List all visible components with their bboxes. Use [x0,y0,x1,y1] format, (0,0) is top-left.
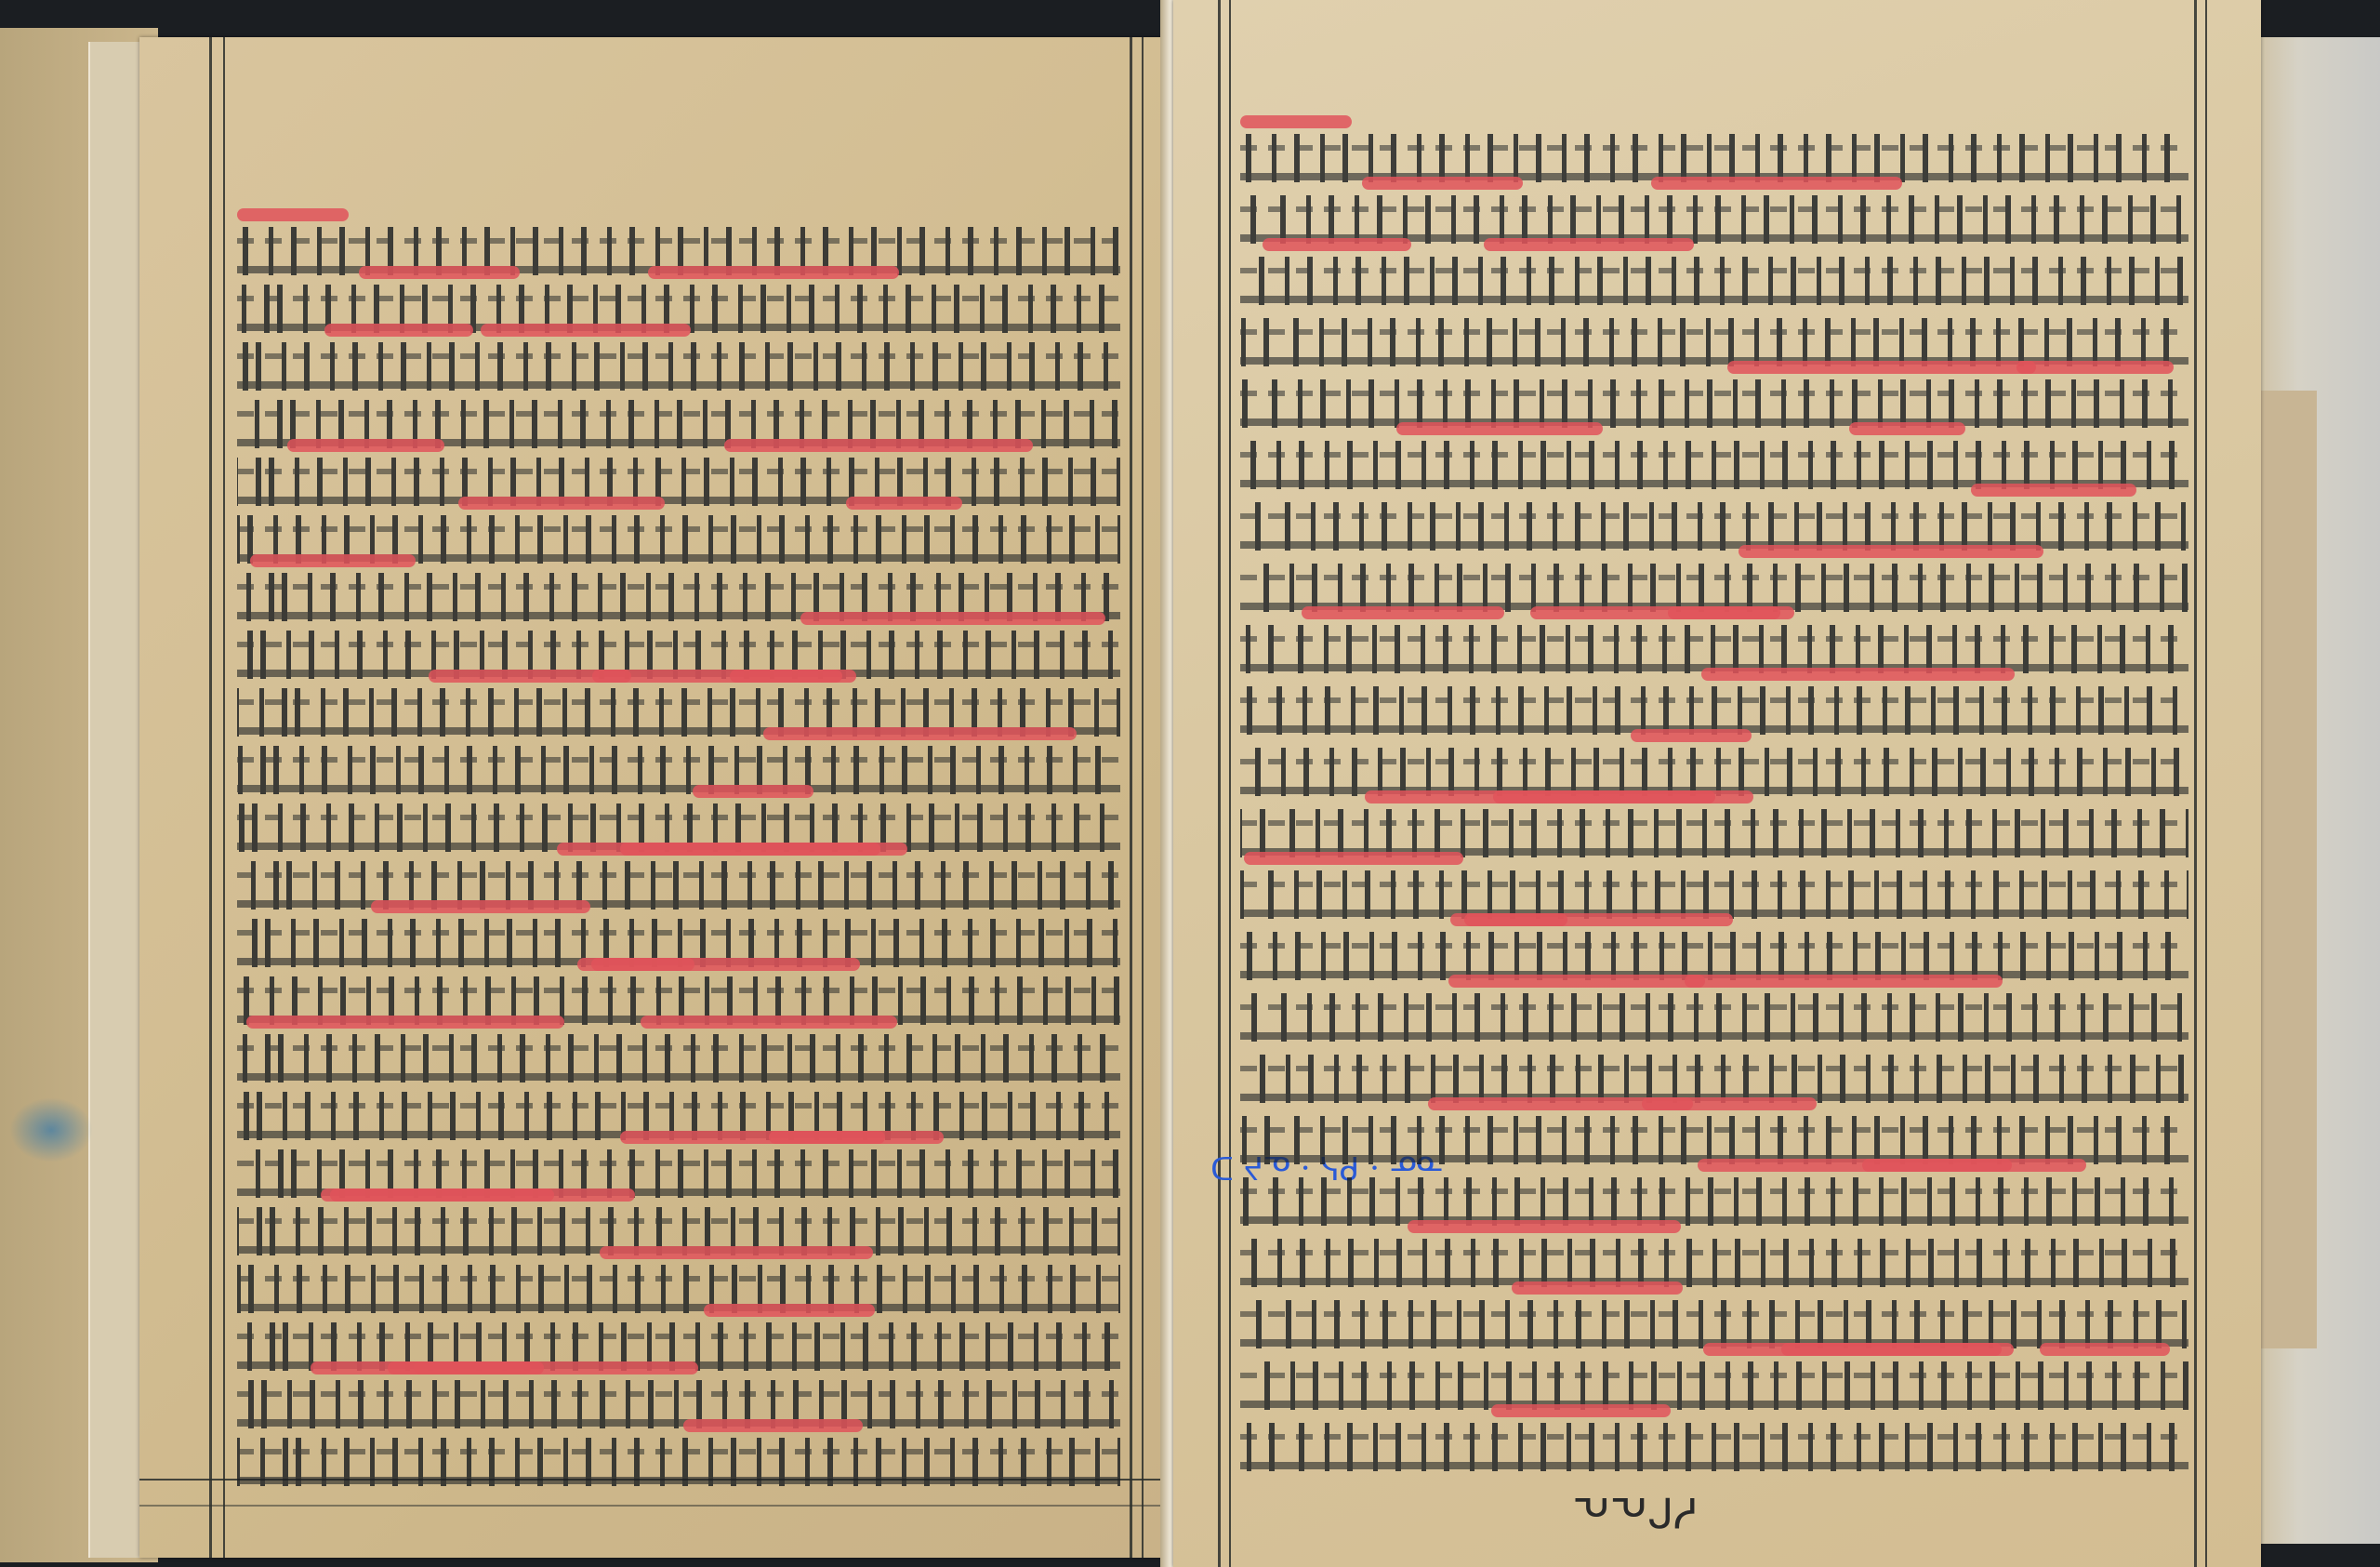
left-page-text-line [237,742,1120,794]
handwritten-glyphs [1240,502,2188,551]
handwritten-glyphs [237,1265,1120,1313]
handwritten-glyphs [1240,686,2188,735]
right-page-text-line [1240,1051,2188,1103]
right-page-text-line [1240,437,2188,489]
red-rubric-underline [2016,361,2174,374]
right-page-text-line [1240,683,2188,735]
red-rubric-underline [1450,913,1567,926]
red-rubric-underline [429,670,631,683]
right-page-text-line [1240,314,2188,366]
red-rubric-underline [324,324,473,337]
blue-ink-stain [9,1097,93,1162]
red-rubric-underline [1849,422,1965,435]
left-page-text-line [237,1261,1120,1313]
handwritten-glyphs [1240,1300,2188,1348]
handwritten-glyphs [1240,1177,2188,1226]
right-page-text-line [1240,192,2188,244]
red-rubric-underline [1651,177,1902,190]
red-rubric-underline [1739,545,2043,558]
right-page-text-line [1240,1296,2188,1348]
right-page-text-line [1240,1235,2188,1287]
red-rubric-underline [1698,1159,2012,1172]
handwritten-glyphs [237,1380,1120,1428]
left-page-text-line [237,1030,1120,1082]
red-rubric-underline [481,324,691,337]
red-rubric-underline [600,1246,873,1259]
red-rubric-underline [1685,975,2003,988]
handwritten-glyphs [237,458,1120,506]
red-rubric-underline [620,1131,885,1144]
handwritten-glyphs [1240,564,2188,612]
red-rubric-underline [763,727,1077,740]
left-page-text-line [237,857,1120,910]
left-bottom-rule-2 [139,1505,1171,1507]
bottom-catchword: ᓯᒋᕆᕆ [1573,1488,1699,1535]
red-rubric-underline [1971,484,2136,497]
handwritten-glyphs [237,861,1120,910]
right-page-text-line [1240,1174,2188,1226]
red-rubric-underline [704,1304,875,1317]
right-margin-rule-outer [1218,0,1221,1567]
right-page-text-line [1240,744,2188,796]
red-rubric-underline [1448,975,1705,988]
handwritten-glyphs [1240,195,2188,244]
handwritten-glyphs [1240,379,2188,428]
red-rubric-underline [730,670,842,683]
handwritten-glyphs [1240,1423,2188,1471]
handwritten-glyphs [1240,1116,2188,1164]
right-page-text-line [1240,130,2188,182]
handwritten-glyphs [1240,318,2188,366]
red-rubric-underline [1408,1220,1681,1233]
red-rubric-underline [1263,238,1411,251]
left-gutter-rule-outer [1130,37,1132,1558]
handwritten-glyphs [1240,809,2188,857]
handwritten-glyphs [1240,134,2188,182]
right-page-text-line [1240,1112,2188,1164]
handwritten-glyphs [237,1034,1120,1082]
left-page-text-line [237,1434,1120,1486]
red-rubric-underline [800,612,1105,625]
right-page-text-line [1240,867,2188,919]
red-rubric-underline [250,554,416,567]
red-rubric-underline [557,843,907,856]
red-rubric-underline [1362,177,1523,190]
red-rubric-underline [577,958,694,971]
red-rubric-underline [1491,1404,1671,1417]
red-rubric-underline [846,497,962,510]
right-page-text-line [1240,1419,2188,1471]
handwritten-glyphs [237,746,1120,794]
red-rubric-underline [359,266,520,279]
right-page: ᓀᓂ · ᑭᓴ · ᓇᔨ ᑐ ᓯᒋᕆᕆ [1173,0,2261,1567]
right-outer-rule-2 [2205,0,2207,1567]
handwritten-glyphs [237,1438,1120,1486]
left-page [139,37,1171,1558]
red-rubric-underline [1512,1281,1683,1295]
red-rubric-underline [1240,115,1352,128]
handwritten-glyphs [1240,1239,2188,1287]
handwritten-glyphs [1240,625,2188,673]
red-rubric-underline [641,1016,897,1029]
red-rubric-underline [458,497,665,510]
red-rubric-underline [246,1016,564,1029]
red-rubric-underline [237,208,349,221]
right-page-text-line [1240,376,2188,428]
red-rubric-underline [1302,606,1504,619]
left-margin-rule-inner [223,37,225,1558]
right-page-text-line [1240,560,2188,612]
handwritten-glyphs [1240,257,2188,305]
red-rubric-underline [683,1419,863,1432]
right-page-text-line [1240,498,2188,551]
red-rubric-underline [287,439,444,452]
left-page-text-line [237,454,1120,506]
red-rubric-underline [648,266,899,279]
red-rubric-underline [1365,790,1715,803]
left-gutter-rule-inner [1142,37,1144,1558]
red-rubric-underline [321,1189,635,1202]
red-rubric-underline [1428,1097,1693,1110]
right-page-text-line [1240,1358,2188,1410]
left-page-text-line [237,1376,1120,1428]
red-rubric-underline [1727,361,2036,374]
right-page-text-line [1240,928,2188,980]
handwritten-glyphs [1240,870,2188,919]
red-rubric-underline [1631,729,1752,742]
handwritten-glyphs [1240,748,2188,796]
red-rubric-underline [693,785,813,798]
red-rubric-underline [1244,852,1463,865]
red-rubric-underline [2040,1343,2170,1356]
red-rubric-underline [1701,668,2015,681]
right-margin-rule-inner [1229,0,1231,1567]
handwritten-glyphs [1240,932,2188,980]
red-rubric-underline [388,1361,698,1374]
left-page-text-line [237,339,1120,391]
handwritten-glyphs [1240,441,2188,489]
right-page-text-line [1240,989,2188,1042]
red-rubric-underline [1668,606,1780,619]
handwritten-glyphs [1240,1361,2188,1410]
red-rubric-underline [1396,422,1603,435]
right-page-text-line [1240,805,2188,857]
red-rubric-underline [724,439,1033,452]
red-rubric-underline [371,900,590,913]
handwritten-glyphs [1240,993,2188,1042]
right-page-text-line [1240,621,2188,673]
red-rubric-underline [1484,238,1694,251]
right-outer-rule-1 [2194,0,2197,1567]
red-rubric-underline [1703,1343,2014,1356]
handwritten-glyphs [1240,1055,2188,1103]
right-page-text-line [1240,253,2188,305]
handwritten-glyphs [237,342,1120,391]
left-margin-rule-outer [209,37,212,1558]
